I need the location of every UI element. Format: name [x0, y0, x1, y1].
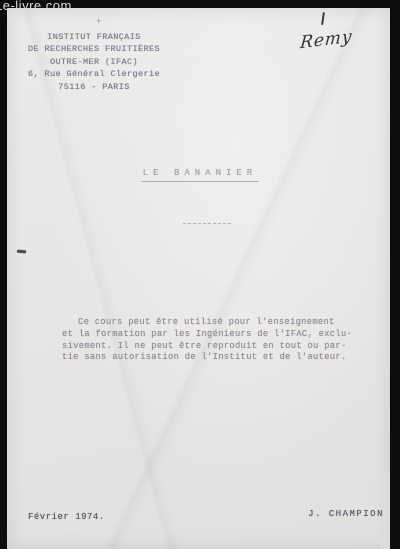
document-title: LE BANANIER	[141, 168, 259, 182]
stamp-line: INSTITUT FRANÇAIS	[18, 31, 170, 43]
scanned-document: Le-livre.com + INSTITUT FRANÇAIS DE RECH…	[0, 0, 400, 549]
usage-notice: Ce cours peut être utilisé pour l'enseig…	[62, 317, 358, 364]
stamp-line: OUTRE-MER (IFAC)	[18, 56, 170, 68]
notice-line: sivement. Il ne peut être reproduit en t…	[62, 341, 358, 353]
notice-line: tie sans autorisation de l'Institut et d…	[62, 352, 358, 364]
footer-date: Février 1974.	[28, 512, 105, 522]
title-row: LE BANANIER	[0, 162, 400, 182]
stamp-registration-mark: +	[96, 17, 101, 27]
notice-line: Ce cours peut être utilisé pour l'enseig…	[62, 317, 358, 329]
stamp-line: DE RECHERCHES FRUITIÈRES	[18, 43, 170, 55]
stamp-line: 6, Rue Général Clergerie	[18, 68, 170, 80]
institution-stamp: INSTITUT FRANÇAIS DE RECHERCHES FRUITIÈR…	[18, 31, 170, 93]
stamp-line: 75116 - PARIS	[18, 81, 170, 93]
watermark-text: Le-livre.com	[0, 0, 72, 13]
footer-author: J. CHAMPION	[308, 509, 384, 519]
notice-line: et la formation par les Ingénieurs de l'…	[62, 329, 358, 341]
dashed-separator	[183, 223, 231, 224]
